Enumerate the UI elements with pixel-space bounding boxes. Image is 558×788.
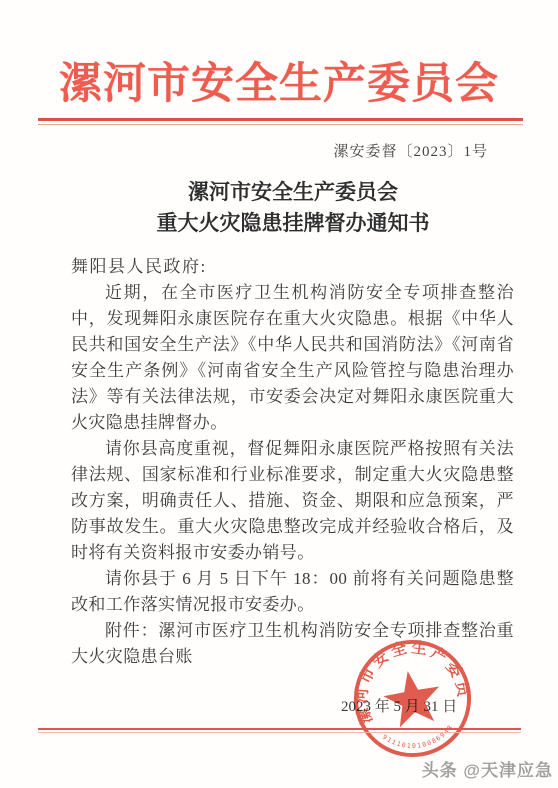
header-red-rule [38,118,523,125]
paragraph: 请你县于 6 月 5 日下午 18：00 前将有关问题隐患整改和工作落实情况报市… [71,566,514,618]
document-page: 漯河市安全生产委员会 漯安委督〔2023〕1号 漯河市安全生产委员会 重大火灾隐… [0,0,558,788]
star-icon [380,666,445,729]
notice-title-line1: 漯河市安全生产委员会 [72,177,514,208]
official-seal-stamp: 漯河市安全生产委员会 911101010086948 [347,633,478,764]
salutation: 舞阳县人民政府: [71,252,207,277]
paragraph: 请你县高度重视，督促舞阳永康医院严格按照有关法律法规、国家标准和行业标准要求，制… [71,436,514,566]
notice-title: 漯河市安全生产委员会 重大火灾隐患挂牌督办通知书 [72,177,514,239]
news-app-watermark: 头条 @天津应急 [422,756,553,781]
agency-header-title: 漯河市安全生产委员会 [0,50,558,111]
notice-title-line2: 重大火灾隐患挂牌督办通知书 [72,208,514,239]
footer-red-rule [38,728,521,733]
document-number: 漯安委督〔2023〕1号 [333,140,488,161]
document-body: 近期，在全市医疗卫生机构消防安全专项排查整治中，发现舞阳永康医院存在重大火灾隐患… [71,280,514,670]
paragraph: 近期，在全市医疗卫生机构消防安全专项排查整治中，发现舞阳永康医院存在重大火灾隐患… [71,280,514,436]
